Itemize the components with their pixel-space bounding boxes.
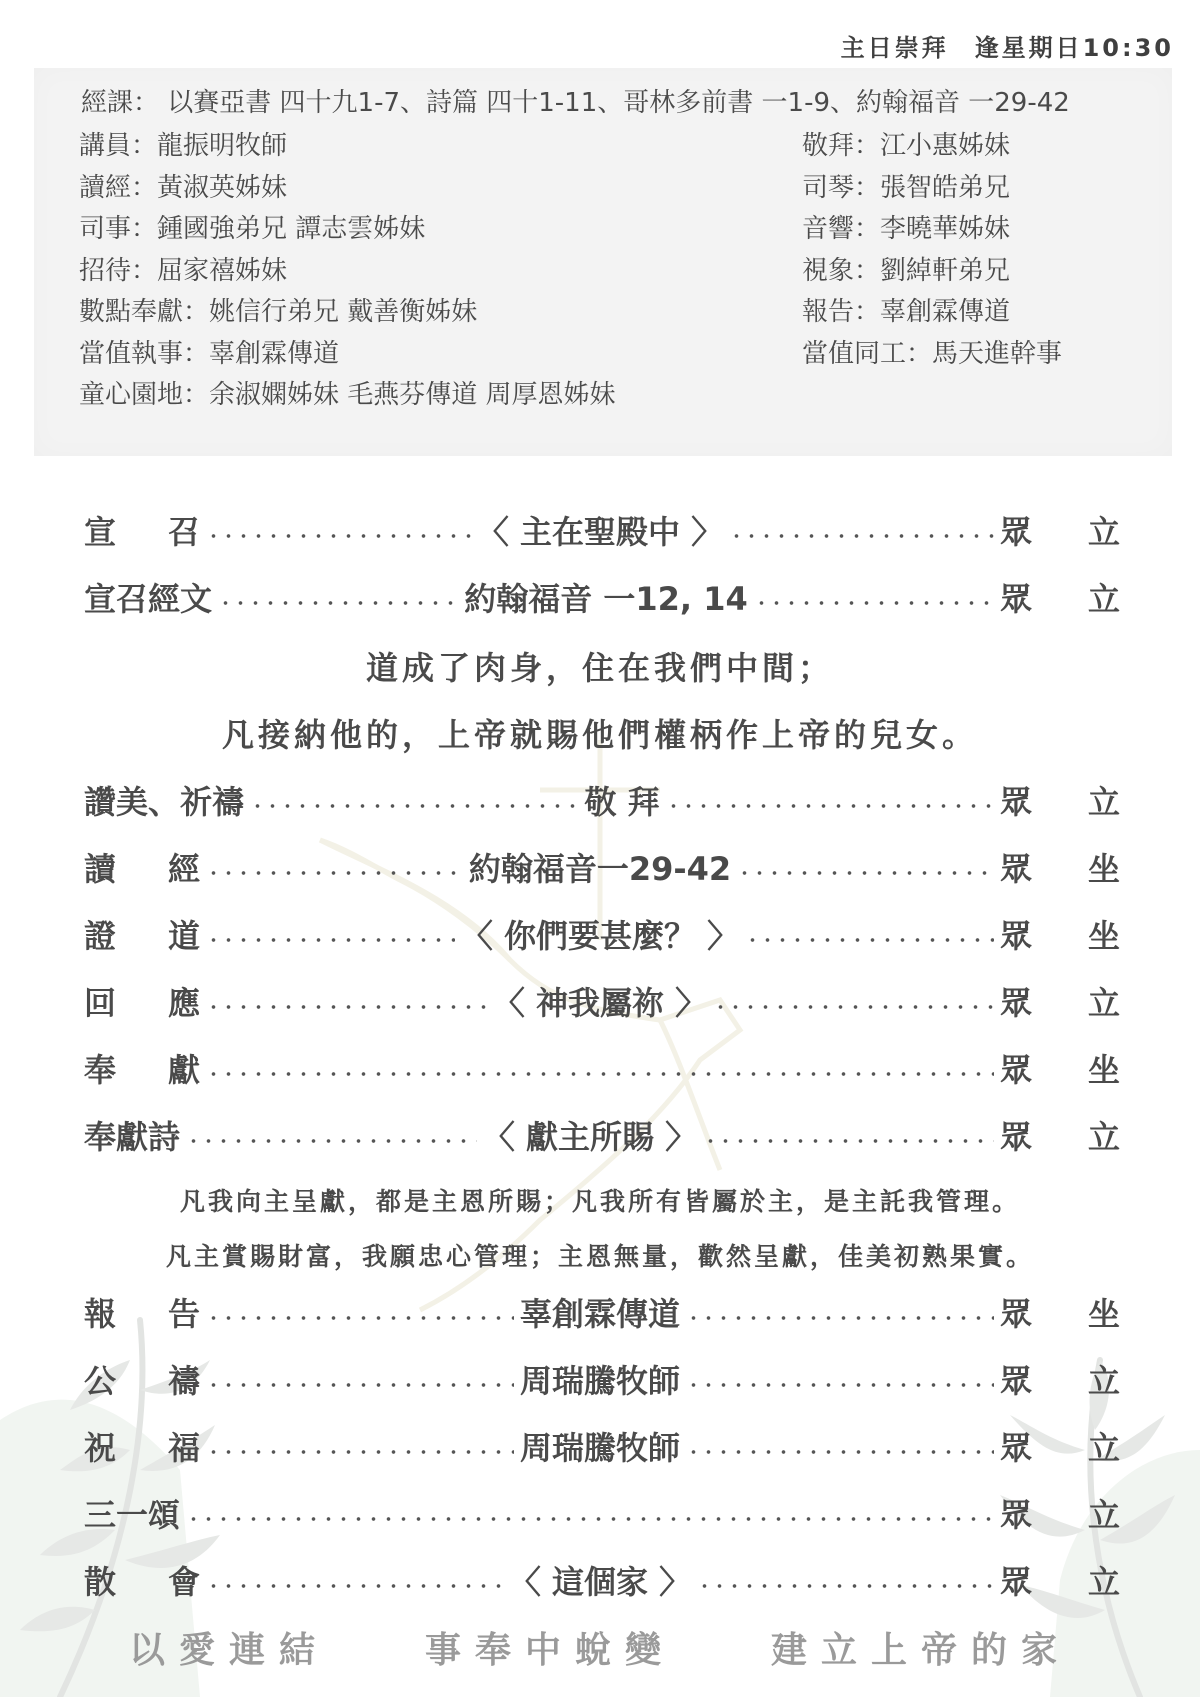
service-item-praise-prayer: 讚美、祈禱 敬 拜 眾立 xyxy=(84,775,1120,825)
service-item-offertory-hymn: 奉獻詩 〈 獻主所賜 〉 眾立 xyxy=(84,1110,1120,1160)
posture: 眾立 xyxy=(1000,777,1120,823)
role-row: 當值同工：馬天進幹事 xyxy=(802,334,1062,376)
call-verse-line: 道成了肉身，住在我們中間； xyxy=(0,643,1200,689)
dot-leader xyxy=(686,1315,994,1321)
dot-leader xyxy=(697,1583,994,1589)
dot-leader xyxy=(206,1449,514,1455)
posture: 眾坐 xyxy=(1000,844,1120,890)
call-verse-line: 凡接納他的，上帝就賜他們權柄作上帝的兒女。 xyxy=(0,710,1200,756)
service-detail: 周瑞騰牧師 xyxy=(520,1356,680,1402)
service-item-benediction: 祝福 周瑞騰牧師 眾立 xyxy=(84,1421,1120,1471)
service-item-call-scripture: 宣召經文 約翰福音 一12, 14 眾立 xyxy=(84,572,1120,622)
dot-leader xyxy=(250,803,578,809)
service-item-response: 回應 〈 神我屬祢 〉 眾立 xyxy=(84,976,1120,1026)
role-row: 招待：屈家禧姊妹 xyxy=(79,251,616,293)
service-item-pastoral-prayer: 公禱 周瑞騰牧師 眾立 xyxy=(84,1354,1120,1404)
motto-phrase: 事奉中蛻變 xyxy=(425,1622,675,1673)
role-row: 報告：辜創霖傳道 xyxy=(802,292,1062,334)
posture: 眾立 xyxy=(1000,1356,1120,1402)
motto-phrase: 建立上帝的家 xyxy=(771,1622,1071,1673)
dot-leader xyxy=(218,600,458,606)
dot-leader xyxy=(206,1315,514,1321)
service-detail: 〈 神我屬祢 〉 xyxy=(493,978,707,1024)
dot-leader xyxy=(729,533,994,539)
dot-leader xyxy=(206,870,463,876)
role-row: 數點奉獻：姚信行弟兄 戴善衡姊妹 xyxy=(79,292,616,334)
offertory-lyric-line: 凡我向主呈獻，都是主恩所賜；凡我所有皆屬於主，是主託我管理。 xyxy=(0,1182,1200,1218)
dot-leader xyxy=(206,1071,994,1077)
role-row: 音響：李曉華姊妹 xyxy=(802,209,1062,251)
dot-leader xyxy=(186,1138,477,1144)
service-detail: 〈 獻主所賜 〉 xyxy=(483,1112,697,1158)
service-detail: 〈 你們要甚麼？ 〉 xyxy=(461,911,739,957)
posture: 眾立 xyxy=(1000,978,1120,1024)
service-name: 主日崇拜 xyxy=(841,34,949,62)
posture: 眾坐 xyxy=(1000,1289,1120,1335)
posture: 眾立 xyxy=(1000,1557,1120,1603)
dot-leader xyxy=(206,533,471,539)
service-detail: 〈 主在聖殿中 〉 xyxy=(477,507,723,553)
dot-leader xyxy=(666,803,994,809)
dot-leader xyxy=(686,1382,994,1388)
info-panel: 經課： 以賽亞書 四十九1-7、詩篇 四十1-11、哥林多前書 一1-9、約翰福… xyxy=(34,68,1172,456)
roles-left: 講員：龍振明牧師 讀經：黃淑英姊妹 司事：鍾國強弟兄 譚志雲姊妹 招待：屈家禧姊… xyxy=(79,126,616,417)
service-detail: 敬 拜 xyxy=(584,777,659,823)
posture: 眾立 xyxy=(1000,1423,1120,1469)
dot-leader xyxy=(206,1004,487,1010)
roles-right: 敬拜：江小惠姊妹 司琴：張智皓弟兄 音響：李曉華姊妹 視象：劉綽軒弟兄 報告：辜… xyxy=(802,126,1062,375)
dot-leader xyxy=(686,1449,994,1455)
dot-leader xyxy=(186,1516,994,1522)
role-row: 司琴：張智皓弟兄 xyxy=(802,168,1062,210)
dot-leader xyxy=(754,600,994,606)
service-item-offering: 奉獻 眾坐 xyxy=(84,1043,1120,1093)
dot-leader xyxy=(206,937,455,943)
church-motto: 以愛連結 事奉中蛻變 建立上帝的家 xyxy=(0,1622,1200,1673)
lectionary: 經課： 以賽亞書 四十九1-7、詩篇 四十1-11、哥林多前書 一1-9、約翰福… xyxy=(81,82,1070,119)
posture: 眾立 xyxy=(1000,574,1120,620)
role-row: 司事：鍾國強弟兄 譚志雲姊妹 xyxy=(79,209,616,251)
service-detail: 〈 這個家 〉 xyxy=(509,1557,691,1603)
service-detail: 約翰福音一29-42 xyxy=(469,844,731,890)
dot-leader xyxy=(737,870,994,876)
role-row: 童心園地：余淑嫻姊妹 毛燕芬傳道 周厚恩姊妹 xyxy=(79,375,616,417)
service-item-announcements: 報告 辜創霖傳道 眾坐 xyxy=(84,1287,1120,1337)
service-item-doxology: 三一頌 眾立 xyxy=(84,1488,1120,1538)
role-row: 視象：劉綽軒弟兄 xyxy=(802,251,1062,293)
dot-leader xyxy=(713,1004,994,1010)
service-detail: 周瑞騰牧師 xyxy=(520,1423,680,1469)
service-detail: 辜創霖傳道 xyxy=(520,1289,680,1335)
service-detail: 約翰福音 一12, 14 xyxy=(464,574,748,620)
offertory-lyric-line: 凡主賞賜財富，我願忠心管理；主恩無量，歡然呈獻，佳美初熟果實。 xyxy=(0,1237,1200,1273)
service-item-scripture-reading: 讀經 約翰福音一29-42 眾坐 xyxy=(84,842,1120,892)
dot-leader xyxy=(206,1583,503,1589)
service-item-call-to-worship: 宣召 〈 主在聖殿中 〉 眾立 xyxy=(84,505,1120,555)
role-row: 講員：龍振明牧師 xyxy=(79,126,616,168)
posture: 眾立 xyxy=(1000,1490,1120,1536)
dot-leader xyxy=(703,1138,994,1144)
service-item-sermon: 證道 〈 你們要甚麼？ 〉 眾坐 xyxy=(84,909,1120,959)
service-schedule: 逢星期日10:30 xyxy=(975,34,1174,62)
posture: 眾坐 xyxy=(1000,911,1120,957)
service-header: 主日崇拜逢星期日10:30 xyxy=(841,28,1174,63)
motto-phrase: 以愛連結 xyxy=(129,1622,329,1673)
dot-leader xyxy=(745,937,994,943)
role-row: 敬拜：江小惠姊妹 xyxy=(802,126,1062,168)
posture: 眾立 xyxy=(1000,1112,1120,1158)
role-row: 讀經：黃淑英姊妹 xyxy=(79,168,616,210)
role-row: 當值執事：辜創霖傳道 xyxy=(79,334,616,376)
posture: 眾立 xyxy=(1000,507,1120,553)
dot-leader xyxy=(206,1382,514,1388)
service-item-dismissal: 散會 〈 這個家 〉 眾立 xyxy=(84,1555,1120,1605)
posture: 眾坐 xyxy=(1000,1045,1120,1091)
